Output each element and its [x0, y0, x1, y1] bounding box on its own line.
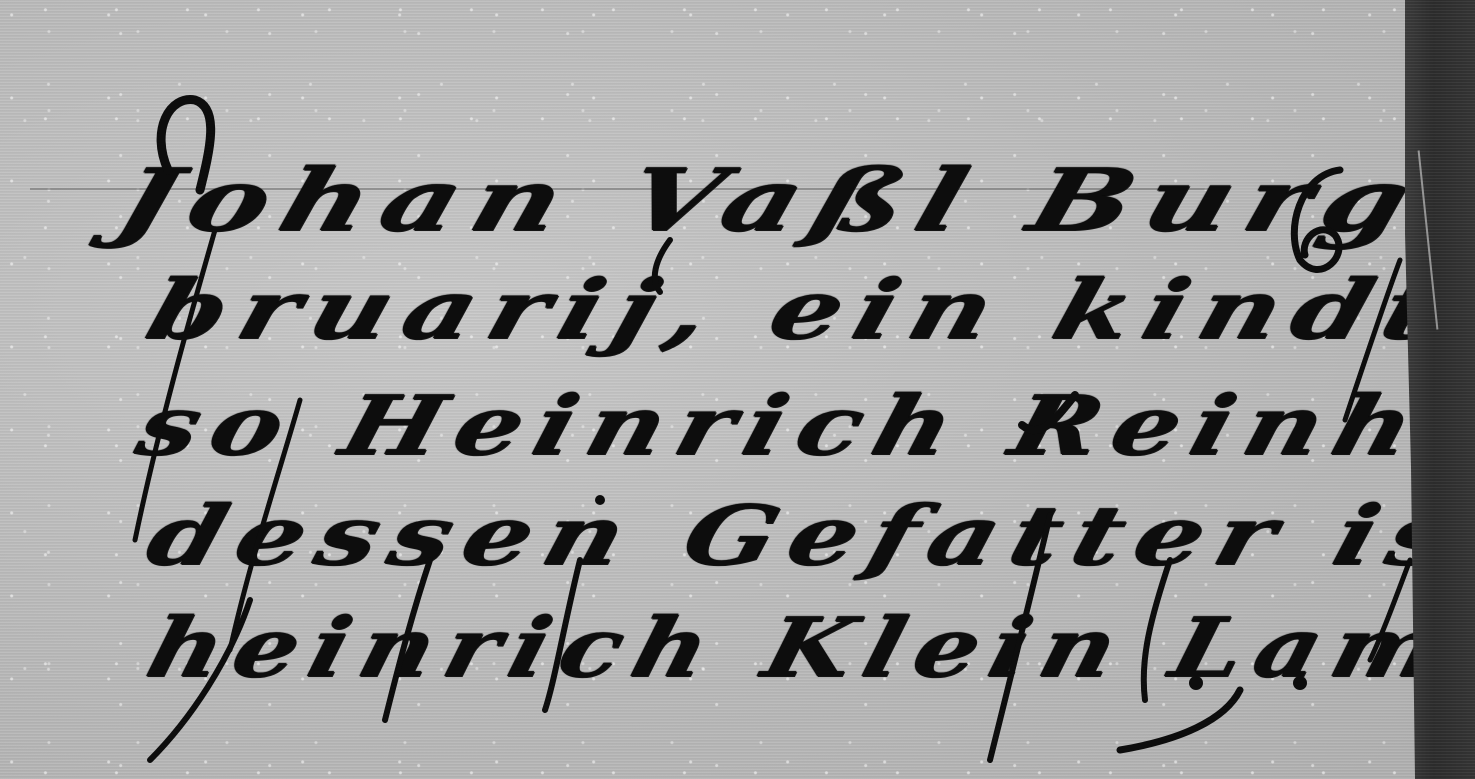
handwritten-entry: Johan Vaßl Burgerhen 6 Fe- bruarij, ein … — [0, 0, 1475, 779]
handwriting-line-4: dessen Gefatter ist gewes- — [137, 488, 1475, 584]
book-binding-edge — [1405, 0, 1475, 779]
scanned-manuscript-page: Johan Vaßl Burgerhen 6 Fe- bruarij, ein … — [0, 0, 1475, 779]
handwriting-line-2: bruarij, ein kindt getaufft — [136, 262, 1475, 358]
handwriting-line-1: Johan Vaßl Burgerhen 6 Fe- — [105, 150, 1475, 251]
handwriting-line-5: heinrich Klein Lamm. etc. — [138, 600, 1475, 696]
handwriting-line-3: so Heinrich Reinhardt genan- — [127, 378, 1475, 474]
